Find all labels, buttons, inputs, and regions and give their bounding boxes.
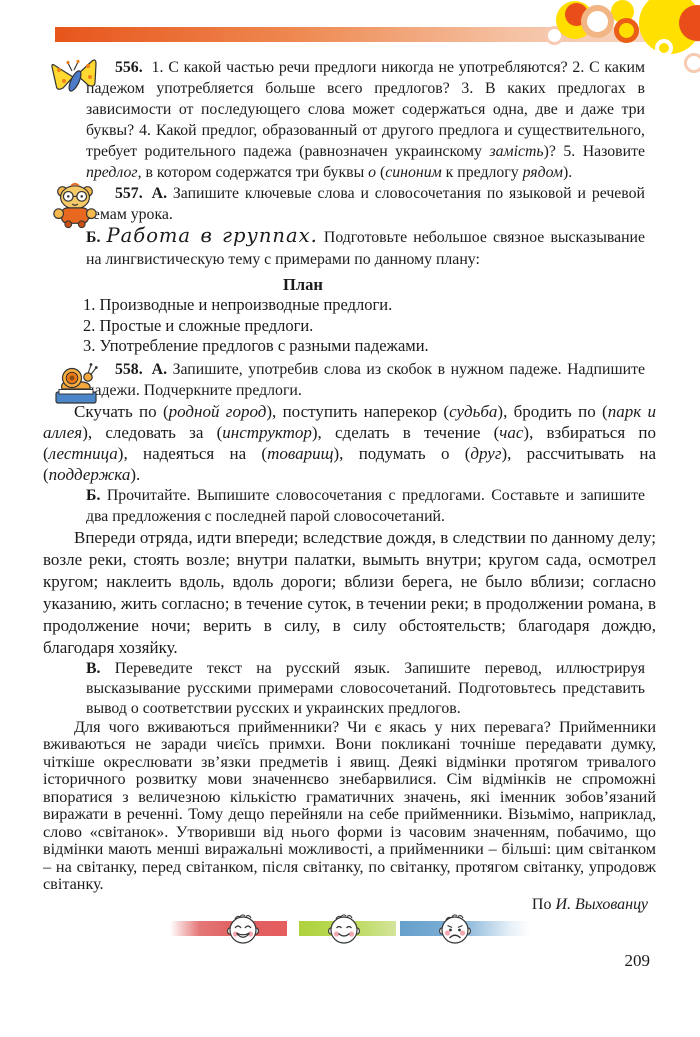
happy-face-icon (226, 912, 260, 946)
page-content: 556.1. С какой частью речи предлоги нико… (0, 57, 700, 914)
exercise-number: 556. (115, 59, 143, 76)
exercise-number: 558. (115, 361, 143, 378)
butterfly-icon (50, 57, 102, 105)
teddy-bear-icon (50, 181, 102, 229)
exercise-558-task-c-text: Для чого вживаються прийменники? Чи є як… (43, 719, 656, 894)
exercise-556: 556.1. С какой частью речи предлоги нико… (86, 57, 645, 183)
exercise-558-part-a: 558.А. Запишите, употребив слова из скоб… (86, 359, 645, 401)
white-ring-icon (655, 39, 673, 57)
exercise-number: 557. (115, 185, 143, 202)
mood-strip (0, 912, 700, 956)
plan-list: 1. Производные и непроизводные предлоги.… (83, 295, 700, 357)
exercise-557-part-b: Б. Работа в группах. Подготовьте небольш… (86, 225, 645, 271)
plan-item: 1. Производные и непроизводные предлоги. (83, 295, 700, 316)
plan-item: 2. Простые и сложные предлоги. (83, 316, 700, 337)
white-ring-icon (684, 53, 700, 73)
exercise-556-text: 556.1. С какой частью речи предлоги нико… (86, 57, 645, 183)
exercise-558-part-b-text: Б. Прочитайте. Выпишите словосочетания с… (86, 485, 645, 527)
exercise-558-part-c: В. Переведите текст на русский язык. Зап… (86, 659, 645, 719)
plan-item: 3. Употребление предлогов с разными паде… (83, 336, 700, 357)
exercise-558: 558.А. Запишите, употребив слова из скоб… (86, 359, 645, 401)
plan-title: План (283, 274, 700, 295)
sad-face-icon (438, 912, 472, 946)
exercise-558-part-b: Б. Прочитайте. Выпишите словосочетания с… (86, 485, 645, 527)
exercise-557: 557.А. Запишите ключевые слова и словосо… (86, 183, 645, 271)
attribution: По И. Выхованцу (43, 895, 648, 914)
exercise-558-task-a-text: Скучать по (родной город), поступить нап… (43, 401, 656, 485)
smiling-face-icon (327, 912, 361, 946)
snail-on-book-icon (50, 359, 102, 407)
exercise-558-part-c-text: В. Переведите текст на русский язык. Зап… (86, 659, 645, 719)
author-name: И. Выхованцу (555, 896, 648, 913)
exercise-558-task-b-text: Впереди отряда, идти впереди; вследствие… (43, 527, 656, 659)
peach-ring-icon (581, 5, 614, 38)
page-number: 209 (625, 951, 651, 971)
orange-ring-icon (614, 18, 639, 43)
textbook-page: 556.1. С какой частью речи предлоги нико… (0, 0, 700, 1037)
exercise-557-part-a: 557.А. Запишите ключевые слова и словосо… (86, 183, 645, 225)
